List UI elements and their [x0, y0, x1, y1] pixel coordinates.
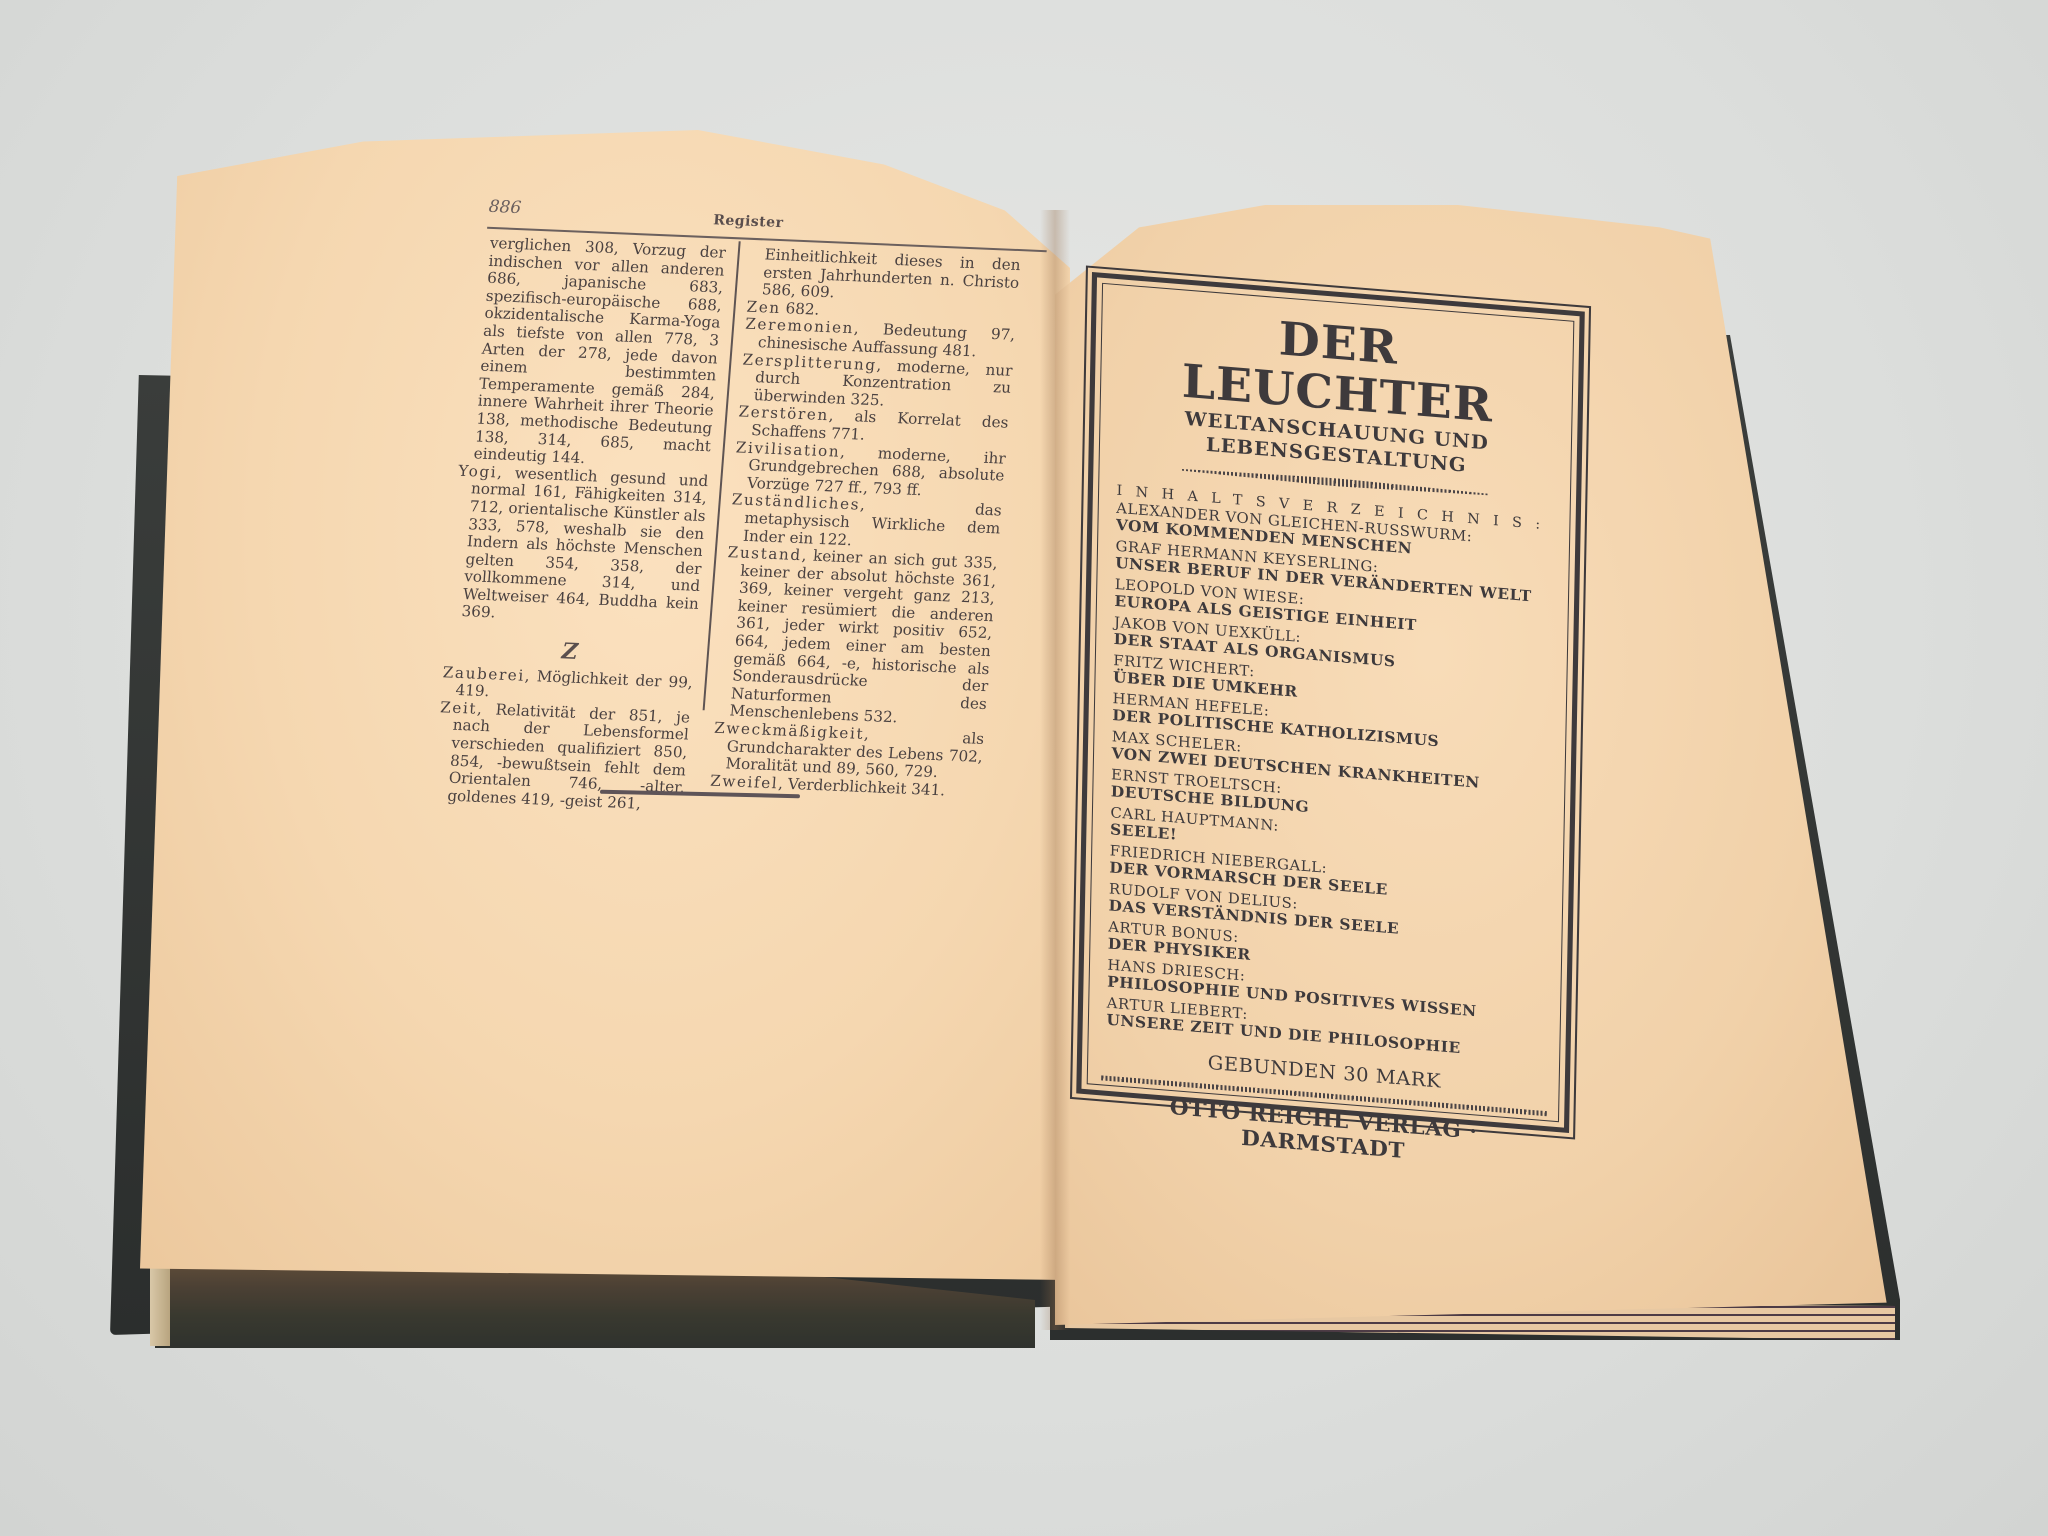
index-entry: Zustand, keiner an sich gut 335, keiner …: [715, 544, 998, 731]
index-page: 886 Register verglichen 308, Vorzug der …: [422, 190, 1029, 832]
ad-content: DER LEUCHTER WELTANSCHAUUNG UND LEBENSGE…: [1104, 300, 1557, 1174]
book-gutter: [1040, 210, 1070, 1330]
running-title: Register: [713, 212, 784, 231]
index-entry: verglichen 308, Vorzug der indischen vor…: [459, 234, 726, 473]
section-letter: Z: [444, 638, 695, 666]
photo-scene: 886 Register verglichen 308, Vorzug der …: [0, 0, 2048, 1536]
index-entry: Yogi, wesentlich gesund und normal 161, …: [447, 462, 709, 630]
index-column-b: Einheitlichkeit dieses in den ersten Jah…: [710, 246, 1022, 801]
book-advertisement: DER LEUCHTER WELTANSCHAUUNG UND LEBENSGE…: [1076, 272, 1585, 1133]
page-block-corner: [150, 1268, 170, 1346]
index-entry: Zeit, Relativität der 851, je nach der L…: [433, 699, 691, 815]
index-column-a: verglichen 308, Vorzug der indischen vor…: [433, 234, 727, 815]
page-number: 886: [488, 197, 522, 218]
